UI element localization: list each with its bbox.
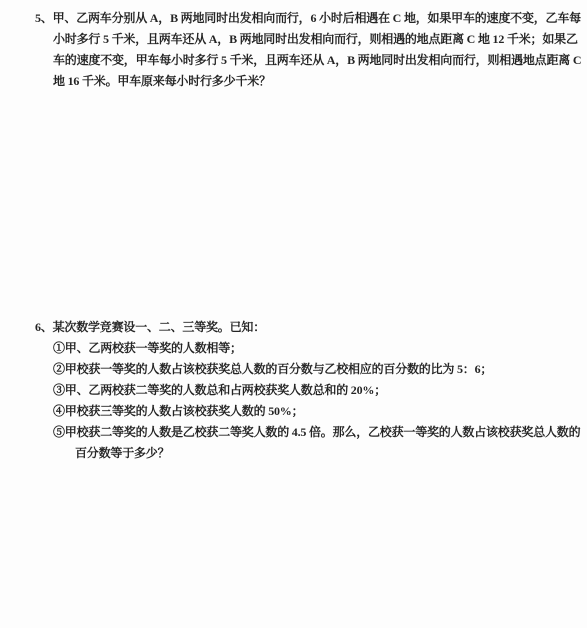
problem-6-condition-3: ③甲、乙两校获二等奖的人数总和占两校获奖人数总和的 20%； xyxy=(0,380,587,401)
problem-6-heading: 6、某次数学竞赛设一、二、三等奖。已知： xyxy=(0,317,587,338)
problem-6-condition-5: ⑤甲校获二等奖的人数是乙校获二等奖人数的 4.5 倍。那么，乙校获一等奖的人数占… xyxy=(0,422,587,443)
problem-6-condition-4: ④甲校获三等奖的人数占该校获奖人数的 50%； xyxy=(0,401,587,422)
problem-5-line-4: 地 16 千米。甲车原来每小时行多少千米？ xyxy=(0,71,587,92)
problem-6-condition-1: ①甲、乙两校获一等奖的人数相等； xyxy=(0,338,587,359)
problem-5-line-3: 车的速度不变，甲车每小时多行 5 千米，且两车还从 A，B 两地同时出发相向而行… xyxy=(0,50,587,71)
problem-5-line-2: 小时多行 5 千米，且两车还从 A，B 两地同时出发相向而行，则相遇的地点距离 … xyxy=(0,29,587,50)
problem-5: 5、甲、乙两车分别从 A，B 两地同时出发相向而行，6 小时后相遇在 C 地，如… xyxy=(0,8,587,92)
problem-6-condition-2: ②甲校获一等奖的人数占该校获奖总人数的百分数与乙校相应的百分数的比为 5：6； xyxy=(0,359,587,380)
problem-5-line-1: 5、甲、乙两车分别从 A，B 两地同时出发相向而行，6 小时后相遇在 C 地，如… xyxy=(0,8,587,29)
problem-6-question-tail: 百分数等于多少？ xyxy=(0,443,587,464)
scanned-math-worksheet-page: 5、甲、乙两车分别从 A，B 两地同时出发相向而行，6 小时后相遇在 C 地，如… xyxy=(0,0,587,628)
problem-6: 6、某次数学竞赛设一、二、三等奖。已知： ①甲、乙两校获一等奖的人数相等； ②甲… xyxy=(0,317,587,464)
